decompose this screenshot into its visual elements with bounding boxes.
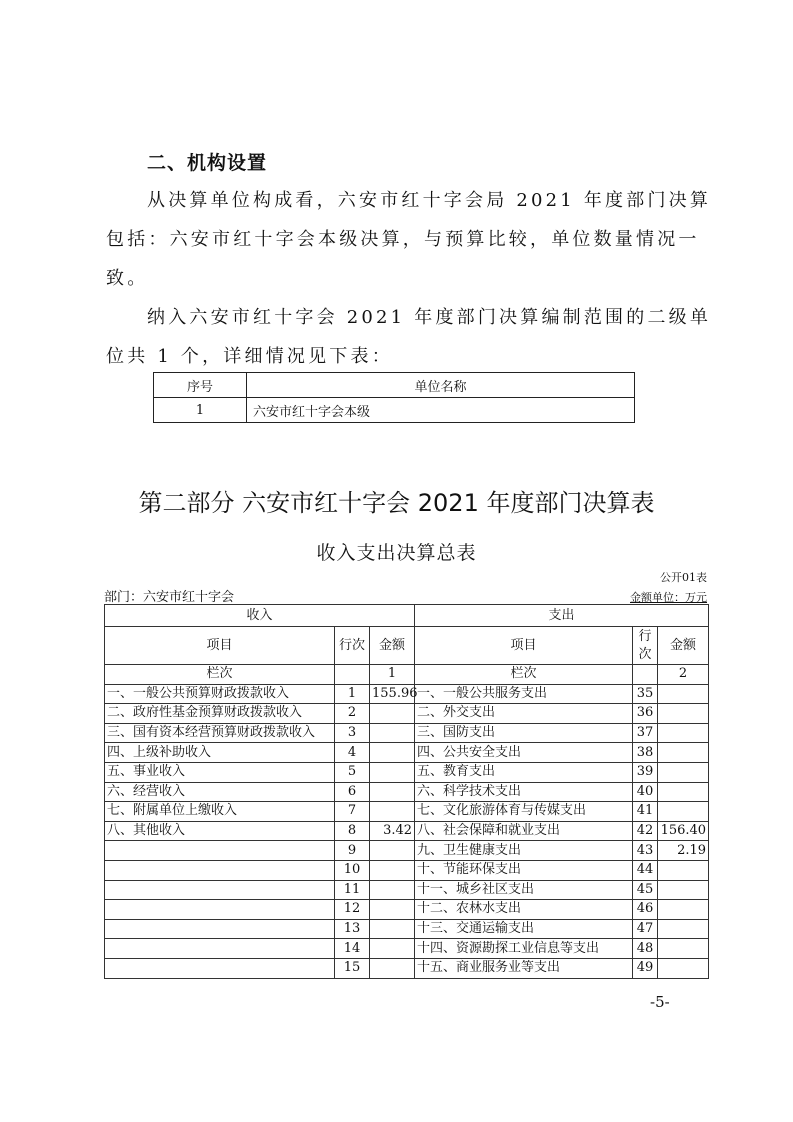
- expense-item: 十四、资源勘探工业信息等支出: [415, 939, 633, 959]
- table-row: 五、事业收入5五、教育支出39: [105, 762, 709, 782]
- expense-amount: [658, 900, 709, 920]
- paragraph-2-line-1: 纳入六安市红十字会 2021 年度部门决算编制范围的二级单: [147, 303, 711, 329]
- income-item: 五、事业收入: [105, 762, 335, 782]
- income-col-item: 项目: [105, 627, 335, 665]
- expense-item: 十二、农林水支出: [415, 900, 633, 920]
- expense-line: 42: [633, 821, 658, 841]
- expense-amount: [658, 704, 709, 724]
- table-row: 14十四、资源勘探工业信息等支出48: [105, 939, 709, 959]
- income-amount: [370, 723, 415, 743]
- income-item: [105, 958, 335, 978]
- table-row: 13十三、交通运输支出47: [105, 919, 709, 939]
- expense-amount: [658, 723, 709, 743]
- income-amount: [370, 939, 415, 959]
- expense-col-line: 行次: [633, 627, 658, 665]
- part-title: 第二部分 六安市红十字会 2021 年度部门决算表: [0, 483, 793, 518]
- income-amount: [370, 782, 415, 802]
- expense-item: 十一、城乡社区支出: [415, 880, 633, 900]
- org-header-no: 序号: [154, 373, 247, 398]
- org-row-no: 1: [154, 398, 247, 423]
- table-row: 七、附属单位上缴收入7七、文化旅游体育与传媒支出41: [105, 802, 709, 822]
- income-col-amount: 金额: [370, 627, 415, 665]
- income-amount: [370, 704, 415, 724]
- income-header: 收入: [105, 605, 415, 627]
- expense-col-line-char-2: 次: [639, 647, 652, 662]
- income-amount: [370, 958, 415, 978]
- expense-item: 十、节能环保支出: [415, 860, 633, 880]
- income-amount: [370, 841, 415, 861]
- income-line: 9: [335, 841, 370, 861]
- expense-lanci-label: 栏次: [415, 665, 633, 685]
- expense-amount: [658, 860, 709, 880]
- income-item: 六、经营收入: [105, 782, 335, 802]
- expense-item: 四、公共安全支出: [415, 743, 633, 763]
- table-row: 9九、卫生健康支出432.19: [105, 841, 709, 861]
- income-amount: [370, 919, 415, 939]
- amount-unit: 金额单位：万元: [630, 589, 707, 605]
- expense-header: 支出: [415, 605, 709, 627]
- expense-line: 36: [633, 704, 658, 724]
- expense-item: 十三、交通运输支出: [415, 919, 633, 939]
- income-item: 八、其他收入: [105, 821, 335, 841]
- income-item: [105, 900, 335, 920]
- table-code: 公开01表: [660, 569, 707, 585]
- income-amount: [370, 860, 415, 880]
- expense-line: 41: [633, 802, 658, 822]
- table-row: 六、经营收入6六、科学技术支出40: [105, 782, 709, 802]
- expense-col-line-char-1: 行: [639, 629, 652, 644]
- income-line: 13: [335, 919, 370, 939]
- expense-lanci-line: [633, 665, 658, 685]
- income-line: 6: [335, 782, 370, 802]
- expense-line: 43: [633, 841, 658, 861]
- org-unit-table: 序号 单位名称 1 六安市红十字会本级: [153, 372, 635, 423]
- income-item: 二、政府性基金预算财政拨款收入: [105, 704, 335, 724]
- expense-item: 七、文化旅游体育与传媒支出: [415, 802, 633, 822]
- department-label: 部门：六安市红十字会: [104, 586, 234, 605]
- income-line: 15: [335, 958, 370, 978]
- income-amount: [370, 900, 415, 920]
- expense-line: 44: [633, 860, 658, 880]
- table-row: 一、一般公共预算财政拨款收入1155.96一、一般公共服务支出35: [105, 684, 709, 704]
- expense-item: 九、卫生健康支出: [415, 841, 633, 861]
- paragraph-1-line-2: 包括：六安市红十字会本级决算，与预算比较，单位数量情况一: [106, 225, 700, 251]
- expense-line: 46: [633, 900, 658, 920]
- expense-line: 47: [633, 919, 658, 939]
- org-table-row: 1 六安市红十字会本级: [154, 398, 635, 423]
- section-heading: 二、机构设置: [147, 148, 267, 175]
- table-row: 10十、节能环保支出44: [105, 860, 709, 880]
- income-expense-summary-table: 收入 支出 项目 行次 金额 项目 行次 金额 栏次 1 栏次 2 一、一般公共…: [104, 604, 709, 979]
- expense-amount: [658, 939, 709, 959]
- section-header-row: 收入 支出: [105, 605, 709, 627]
- expense-item: 五、教育支出: [415, 762, 633, 782]
- income-lanci-value: 1: [370, 665, 415, 685]
- income-line: 10: [335, 860, 370, 880]
- expense-amount: 2.19: [658, 841, 709, 861]
- income-lanci-line: [335, 665, 370, 685]
- table-row: 四、上级补助收入4四、公共安全支出38: [105, 743, 709, 763]
- paragraph-1-line-1: 从决算单位构成看，六安市红十字会局 2021 年度部门决算: [147, 186, 711, 212]
- income-item: [105, 939, 335, 959]
- org-row-name: 六安市红十字会本级: [247, 398, 635, 423]
- table-row: 12十二、农林水支出46: [105, 900, 709, 920]
- income-line: 11: [335, 880, 370, 900]
- expense-amount: 156.40: [658, 821, 709, 841]
- income-line: 2: [335, 704, 370, 724]
- income-item: 七、附属单位上缴收入: [105, 802, 335, 822]
- expense-amount: [658, 880, 709, 900]
- expense-item: 一、一般公共服务支出: [415, 684, 633, 704]
- expense-amount: [658, 762, 709, 782]
- income-amount: [370, 743, 415, 763]
- expense-item: 八、社会保障和就业支出: [415, 821, 633, 841]
- income-item: 一、一般公共预算财政拨款收入: [105, 684, 335, 704]
- expense-item: 二、外交支出: [415, 704, 633, 724]
- income-amount: [370, 762, 415, 782]
- income-line: 3: [335, 723, 370, 743]
- income-amount: [370, 802, 415, 822]
- expense-col-item: 项目: [415, 627, 633, 665]
- income-col-line: 行次: [335, 627, 370, 665]
- income-amount: 3.42: [370, 821, 415, 841]
- income-line: 7: [335, 802, 370, 822]
- expense-line: 48: [633, 939, 658, 959]
- income-amount: 155.96: [370, 684, 415, 704]
- table-row: 11十一、城乡社区支出45: [105, 880, 709, 900]
- org-table-header-row: 序号 单位名称: [154, 373, 635, 398]
- lanci-row: 栏次 1 栏次 2: [105, 665, 709, 685]
- table-row: 15十五、商业服务业等支出49: [105, 958, 709, 978]
- income-item: 四、上级补助收入: [105, 743, 335, 763]
- income-amount: [370, 880, 415, 900]
- income-line: 5: [335, 762, 370, 782]
- table-row: 二、政府性基金预算财政拨款收入2二、外交支出36: [105, 704, 709, 724]
- expense-line: 39: [633, 762, 658, 782]
- income-item: [105, 880, 335, 900]
- expense-lanci-value: 2: [658, 665, 709, 685]
- expense-amount: [658, 958, 709, 978]
- expense-line: 40: [633, 782, 658, 802]
- income-line: 4: [335, 743, 370, 763]
- income-lanci-label: 栏次: [105, 665, 335, 685]
- income-line: 12: [335, 900, 370, 920]
- expense-amount: [658, 802, 709, 822]
- expense-line: 37: [633, 723, 658, 743]
- expense-item: 三、国防支出: [415, 723, 633, 743]
- expense-amount: [658, 919, 709, 939]
- expense-line: 45: [633, 880, 658, 900]
- page-number: -5-: [650, 993, 670, 1011]
- income-line: 1: [335, 684, 370, 704]
- income-item: [105, 860, 335, 880]
- table-row: 八、其他收入83.42八、社会保障和就业支出42156.40: [105, 821, 709, 841]
- income-item: 三、国有资本经营预算财政拨款收入: [105, 723, 335, 743]
- income-line: 14: [335, 939, 370, 959]
- paragraph-1-line-3: 致。: [106, 264, 148, 290]
- column-header-row: 项目 行次 金额 项目 行次 金额: [105, 627, 709, 665]
- org-header-name: 单位名称: [247, 373, 635, 398]
- expense-line: 38: [633, 743, 658, 763]
- summary-table-title: 收入支出决算总表: [0, 538, 793, 565]
- table-body: 一、一般公共预算财政拨款收入1155.96一、一般公共服务支出35二、政府性基金…: [105, 684, 709, 978]
- table-row: 三、国有资本经营预算财政拨款收入3三、国防支出37: [105, 723, 709, 743]
- expense-amount: [658, 684, 709, 704]
- expense-amount: [658, 743, 709, 763]
- income-item: [105, 919, 335, 939]
- expense-line: 49: [633, 958, 658, 978]
- expense-item: 十五、商业服务业等支出: [415, 958, 633, 978]
- income-line: 8: [335, 821, 370, 841]
- expense-amount: [658, 782, 709, 802]
- income-item: [105, 841, 335, 861]
- expense-line: 35: [633, 684, 658, 704]
- paragraph-2-line-2: 位共 1 个，详细情况见下表：: [106, 342, 393, 368]
- expense-col-amount: 金额: [658, 627, 709, 665]
- expense-item: 六、科学技术支出: [415, 782, 633, 802]
